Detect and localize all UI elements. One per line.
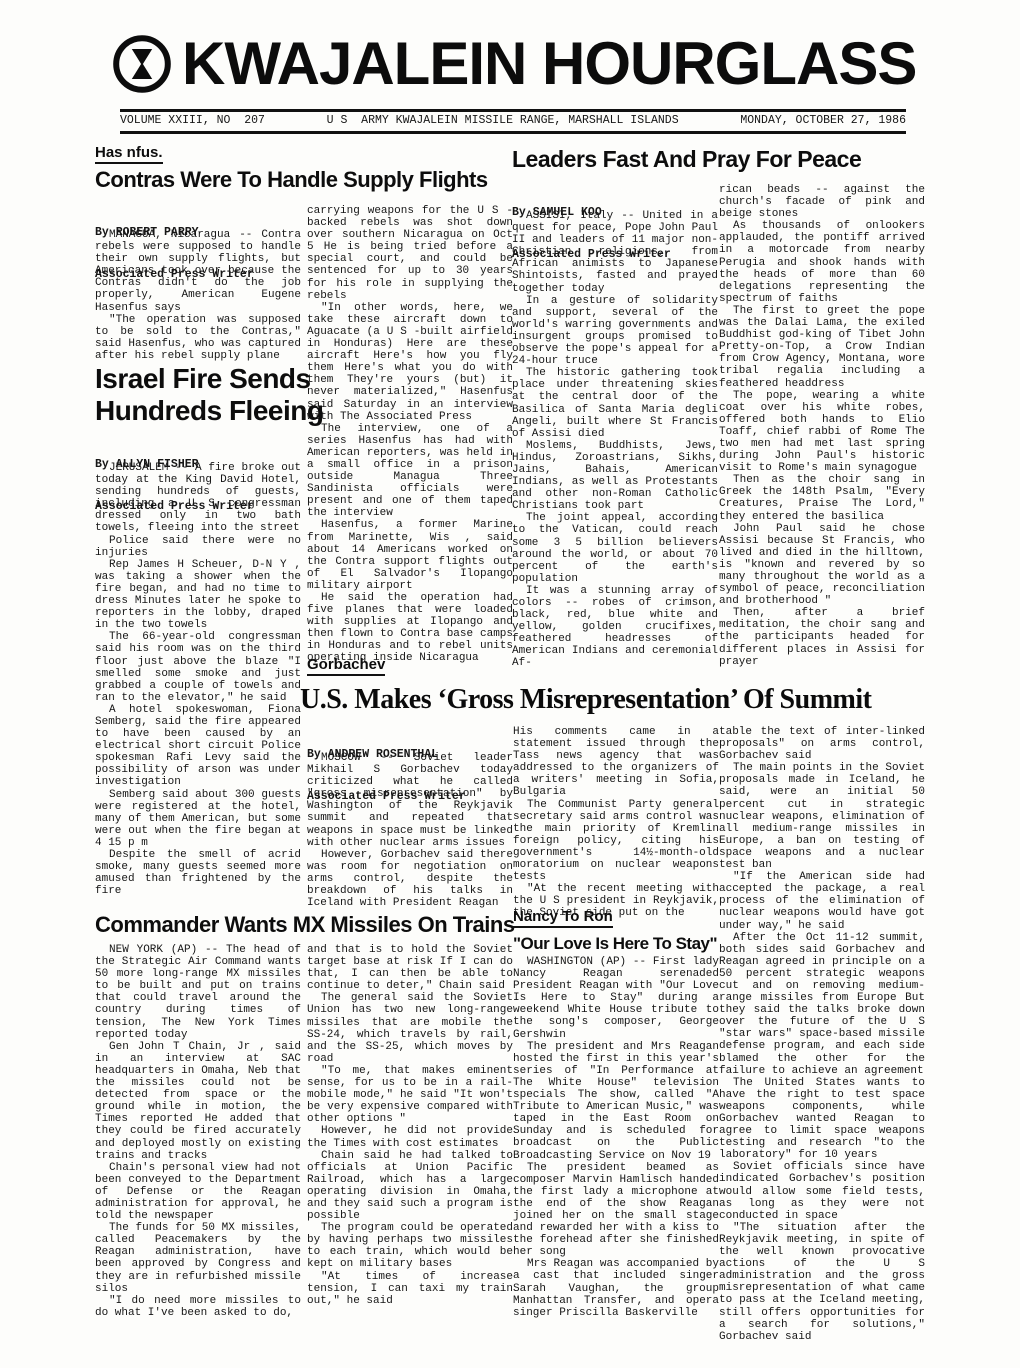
- masthead-rule-bottom: [120, 131, 906, 134]
- paragraph: MOSCOW -- Soviet leader Mikhail S Gorbac…: [307, 752, 513, 849]
- hourglass-logo-icon: [112, 34, 172, 94]
- leaders-headline: Leaders Fast And Pray For Peace: [512, 147, 861, 173]
- nancy-kicker: Nancy To Ron: [513, 908, 613, 928]
- paragraph: The United States wants to have the righ…: [719, 1077, 925, 1162]
- paragraph: Rep James H Scheuer, D-N Y , was taking …: [95, 559, 301, 632]
- leaders-column-1: ASSISI, Italy -- United in a quest for p…: [512, 210, 718, 670]
- nancy-headline: "Our Love Is Here To Stay": [513, 934, 717, 953]
- summit-kicker: Gorbachev: [307, 656, 385, 676]
- paragraph: "I do need more missiles to do what I've…: [95, 1295, 301, 1319]
- paragraph: Despite the smell of acrid smoke, many g…: [95, 849, 301, 897]
- paragraph: Chain said he had talked to officials at…: [307, 1150, 513, 1223]
- paragraph: The joint appeal, according to the Vatic…: [512, 512, 718, 585]
- paragraph: "At times of increase tension, I can tax…: [307, 1271, 513, 1307]
- masthead-info-bar: VOLUME XXIII, NO 207 U S ARMY KWAJALEIN …: [120, 114, 906, 127]
- contras-kicker: Has nfus.: [95, 144, 163, 164]
- paragraph: Gen John T Chain, Jr , said in an interv…: [95, 1041, 301, 1162]
- paragraph: Soviet officials since have indicated Go…: [719, 1161, 925, 1221]
- paragraph: In a gesture of solidarity and support, …: [512, 295, 718, 368]
- paragraph: MANAGUA, Nicaragua -- Contra rebels were…: [95, 229, 301, 314]
- paragraph: However, Gorbachev said there was room f…: [307, 849, 513, 909]
- paragraph: The 66-year-old congressman said his roo…: [95, 631, 301, 704]
- paragraph: "The situation after the Reykjavik meeti…: [719, 1222, 925, 1343]
- paragraph: Chain's personal view had not been conve…: [95, 1162, 301, 1222]
- paragraph: The Communist Party general secretary sa…: [513, 799, 719, 884]
- paragraph: However, he did not provide the Times wi…: [307, 1125, 513, 1149]
- paragraph: NEW YORK (AP) -- The head of the Strateg…: [95, 944, 301, 1041]
- paragraph: Mrs Reagan was accompanied by a cast tha…: [513, 1258, 719, 1318]
- paragraph: Then as the choir sang in Greek the 148t…: [719, 474, 925, 522]
- paragraph: The funds for 50 MX missiles, called Pea…: [95, 1222, 301, 1295]
- masthead: KWAJALEIN HOURGLASS: [112, 34, 916, 94]
- paragraph: "To me, that makes eminent sense, for us…: [307, 1065, 513, 1125]
- mx-column-1: NEW YORK (AP) -- The head of the Strateg…: [95, 944, 301, 1319]
- paragraph: A hotel spokeswoman, Fiona Semberg, said…: [95, 704, 301, 789]
- nancy-body: WASHINGTON (AP) -- First lady Nancy Reag…: [513, 956, 719, 1319]
- paragraph: rican beads -- against the church's faca…: [719, 184, 925, 220]
- paragraph: "In other words, here, we take these air…: [307, 302, 513, 423]
- paragraph: The historic gathering took place under …: [512, 367, 718, 440]
- israel-body: JERUSALEM -- A fire broke out today at t…: [95, 462, 301, 897]
- paragraph: table the text of inter-linked proposals…: [719, 726, 925, 762]
- org-label: U S ARMY KWAJALEIN MISSILE RANGE, MARSHA…: [327, 114, 679, 127]
- paragraph: and that is to hold the Soviet target ba…: [307, 944, 513, 992]
- paragraph: His comments came in a statement issued …: [513, 726, 719, 799]
- paragraph: carrying weapons for the U S - backed re…: [307, 205, 513, 302]
- paragraph: The program could be operated by having …: [307, 1222, 513, 1270]
- paragraph: The general said the Soviet Union has tw…: [307, 992, 513, 1065]
- summit-column-1: MOSCOW -- Soviet leader Mikhail S Gorbac…: [307, 752, 513, 909]
- paragraph: "If the American side had accepted the p…: [719, 871, 925, 931]
- paragraph: WASHINGTON (AP) -- First lady Nancy Reag…: [513, 956, 719, 1041]
- paragraph: ASSISI, Italy -- United in a quest for p…: [512, 210, 718, 295]
- paragraph: "The operation was supposed to be sold t…: [95, 314, 301, 362]
- paragraph: Hasenfus, a former Marine from Marinette…: [307, 519, 513, 592]
- paragraph: Then, after a brief meditation, the choi…: [719, 607, 925, 667]
- paragraph: The pope, wearing a white coat over his …: [719, 390, 925, 475]
- masthead-rule-top: [120, 109, 906, 112]
- paragraph: The president and Mrs Reagan hosted the …: [513, 1041, 719, 1162]
- paragraph: After the Oct 11-12 summit, both sides s…: [719, 932, 925, 1077]
- paragraph: As thousands of onlookers applauded, the…: [719, 220, 925, 305]
- paragraph: John Paul said he chose Assisi because S…: [719, 523, 925, 608]
- paragraph: The interview, one of a series Hasenfus …: [307, 423, 513, 520]
- paragraph: JERUSALEM -- A fire broke out today at t…: [95, 462, 301, 535]
- paragraph: Police said there were no injuries: [95, 535, 301, 559]
- paragraph: Semberg said about 300 guests were regis…: [95, 789, 301, 849]
- paragraph: It was a stunning array of colors -- rob…: [512, 585, 718, 670]
- summit-column-3: table the text of inter-linked proposals…: [719, 726, 925, 1343]
- contras-column-2: carrying weapons for the U S - backed re…: [307, 205, 513, 665]
- newspaper-page: KWAJALEIN HOURGLASS VOLUME XXIII, NO 207…: [0, 0, 1020, 1368]
- contras-column-1: MANAGUA, Nicaragua -- Contra rebels were…: [95, 229, 301, 362]
- date-label: MONDAY, OCTOBER 27, 1986: [740, 114, 906, 127]
- contras-headline: Contras Were To Handle Supply Flights: [95, 168, 488, 193]
- paragraph: The first to greet the pope was the Dala…: [719, 305, 925, 390]
- volume-label: VOLUME XXIII, NO 207: [120, 114, 265, 127]
- paragraph: The president beamed as composer Marvin …: [513, 1162, 719, 1259]
- masthead-title: KWAJALEIN HOURGLASS: [182, 34, 916, 94]
- israel-headline: Israel Fire Sends Hundreds Fleeing: [95, 363, 323, 427]
- summit-headline: U.S. Makes ‘Gross Misrepresentation’ Of …: [300, 684, 871, 716]
- leaders-column-2: rican beads -- against the church's faca…: [719, 184, 925, 668]
- mx-headline: Commander Wants MX Missiles On Trains: [95, 913, 515, 938]
- mx-column-2: and that is to hold the Soviet target ba…: [307, 944, 513, 1307]
- paragraph: The main points in the Soviet proposals …: [719, 762, 925, 871]
- paragraph: Moslems, Buddhists, Jews, Hindus, Zoroas…: [512, 440, 718, 513]
- paragraph: He said the operation had five planes th…: [307, 592, 513, 665]
- summit-column-2: His comments came in a statement issued …: [513, 726, 719, 920]
